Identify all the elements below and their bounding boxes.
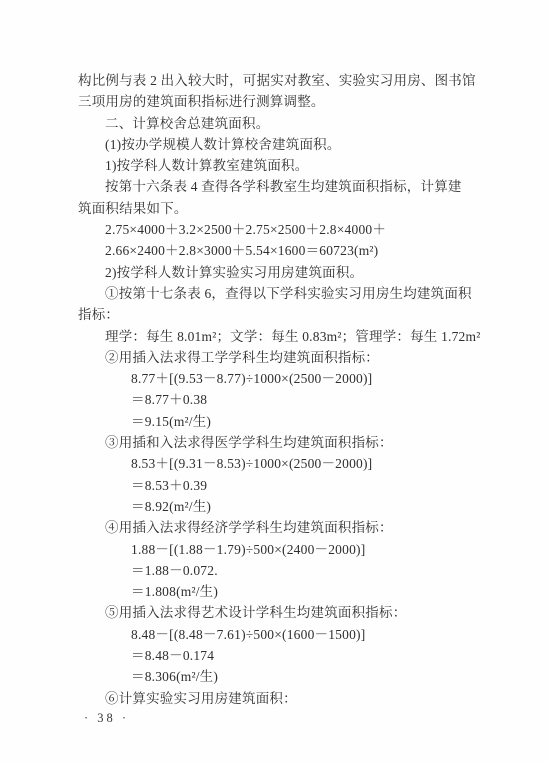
text-line: ＝8.53＋0.39 [78, 475, 480, 496]
text-line: 按第十六条表 4 查得各学科教室生均建筑面积指标，计算建 [78, 176, 480, 197]
text-line: ＝9.15(m²/生) [78, 411, 480, 432]
text-line: ＝1.88－0.072. [78, 560, 480, 581]
text-line: 2)按学科人数计算实验实习用房建筑面积。 [78, 262, 480, 283]
text-line: ③用插和入法求得医学学科生均建筑面积指标： [78, 432, 480, 453]
text-line: 1.88－[(1.88－1.79)÷500×(2400－2000)] [78, 539, 480, 560]
text-line: ②用插入法求得工学学科生均建筑面积指标： [78, 347, 480, 368]
text-line: 二、计算校舍总建筑面积。 [78, 113, 480, 134]
text-line: ＝1.808(m²/生) [78, 581, 480, 602]
page-body: 构比例与表 2 出入较大时，可据实对教室、实验实习用房、图书馆三项用房的建筑面积… [78, 70, 480, 709]
text-line: 8.48－[(8.48－7.61)÷500×(1600－1500)] [78, 624, 480, 645]
text-line: ＝8.306(m²/生) [78, 666, 480, 687]
document-page: 构比例与表 2 出入较大时，可据实对教室、实验实习用房、图书馆三项用房的建筑面积… [0, 0, 548, 763]
text-line: 2.75×4000＋3.2×2500＋2.75×2500＋2.8×4000＋ [78, 219, 480, 240]
text-line: ＝8.92(m²/生) [78, 496, 480, 517]
text-line: (1)按办学规模人数计算校舍建筑面积。 [78, 134, 480, 155]
text-line: 构比例与表 2 出入较大时，可据实对教室、实验实习用房、图书馆 [78, 70, 480, 91]
text-line: 指标： [78, 304, 480, 325]
text-line: 理学：每生 8.01m²；文学：每生 0.83m²；管理学：每生 1.72m² [78, 326, 480, 347]
text-line: 8.77＋[(9.53－8.77)÷1000×(2500－2000)] [78, 368, 480, 389]
text-line: ＝8.77＋0.38 [78, 389, 480, 410]
page-number: · 38 · [84, 711, 129, 726]
text-line: ④用插入法求得经济学学科生均建筑面积指标： [78, 517, 480, 538]
text-line: ⑥计算实验实习用房建筑面积： [78, 688, 480, 709]
text-line: 1)按学科人数计算教室建筑面积。 [78, 155, 480, 176]
text-line: ＝8.48－0.174 [78, 645, 480, 666]
text-line: 三项用房的建筑面积指标进行测算调整。 [78, 91, 480, 112]
text-line: 筑面积结果如下。 [78, 198, 480, 219]
text-line: 8.53＋[(9.31－8.53)÷1000×(2500－2000)] [78, 453, 480, 474]
text-line: ①按第十七条表 6，查得以下学科实验实习用房生均建筑面积 [78, 283, 480, 304]
text-line: ⑤用插入法求得艺术设计学科生均建筑面积指标： [78, 602, 480, 623]
text-line: 2.66×2400＋2.8×3000＋5.54×1600＝60723(m²) [78, 240, 480, 261]
